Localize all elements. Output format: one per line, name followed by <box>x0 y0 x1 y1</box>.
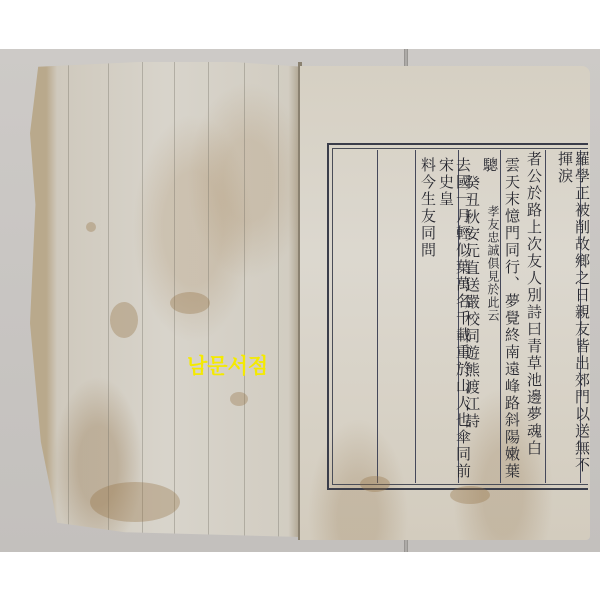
left-page <box>30 62 302 537</box>
ruled-line <box>278 62 279 537</box>
water-stain <box>86 222 96 232</box>
ruled-line <box>108 62 109 537</box>
column-line <box>377 150 378 483</box>
text-column-5: 癸丑秋安元直送嚴校同遊熊渡江詩 <box>463 175 480 430</box>
text-column-1: 羅學正被削故鄉之日親友皆出郊門以送無不揮淚 <box>556 151 590 488</box>
column-line <box>415 150 416 483</box>
column-line <box>500 150 501 483</box>
text-column-4: 驄 <box>481 157 498 174</box>
watermark-text: 남문서점 <box>187 350 268 380</box>
column-line <box>545 150 546 483</box>
water-stain <box>450 486 490 504</box>
text-column-2: 者公於路上次友人別詩曰青草池邊夢魂白 <box>525 151 542 457</box>
ruled-line <box>68 62 69 537</box>
text-column-7: 料今生友同問 <box>419 157 436 259</box>
column-line <box>458 150 459 483</box>
water-stain <box>90 482 180 522</box>
water-stain <box>360 476 390 492</box>
water-stain <box>170 292 210 314</box>
right-page: 羅學正被削故鄉之日親友皆出郊門以送無不揮淚 者公於路上次友人別詩曰青草池邊夢魂白… <box>300 66 590 540</box>
column-line <box>580 150 581 483</box>
water-stain <box>230 392 248 406</box>
text-frame: 羅學正被削故鄉之日親友皆出郊門以送無不揮淚 者公於路上次友人別詩曰青草池邊夢魂白… <box>327 143 588 490</box>
text-column-4-note: 孝友忠誠俱見於此云 <box>484 205 501 322</box>
water-stain <box>110 302 138 338</box>
book-photo: 羅學正被削故鄉之日親友皆出郊門以送無不揮淚 者公於路上次友人別詩曰青草池邊夢魂白… <box>0 49 600 552</box>
ruled-line <box>142 62 143 537</box>
ruled-line <box>244 62 245 537</box>
text-column-3: 雲天末憶門同行、夢覺終南遠峰路斜陽嫩葉 <box>503 157 520 480</box>
text-column-6: 去國一月輕似葉萬名千載重於山人也傘同前宋史皇 <box>437 157 471 488</box>
